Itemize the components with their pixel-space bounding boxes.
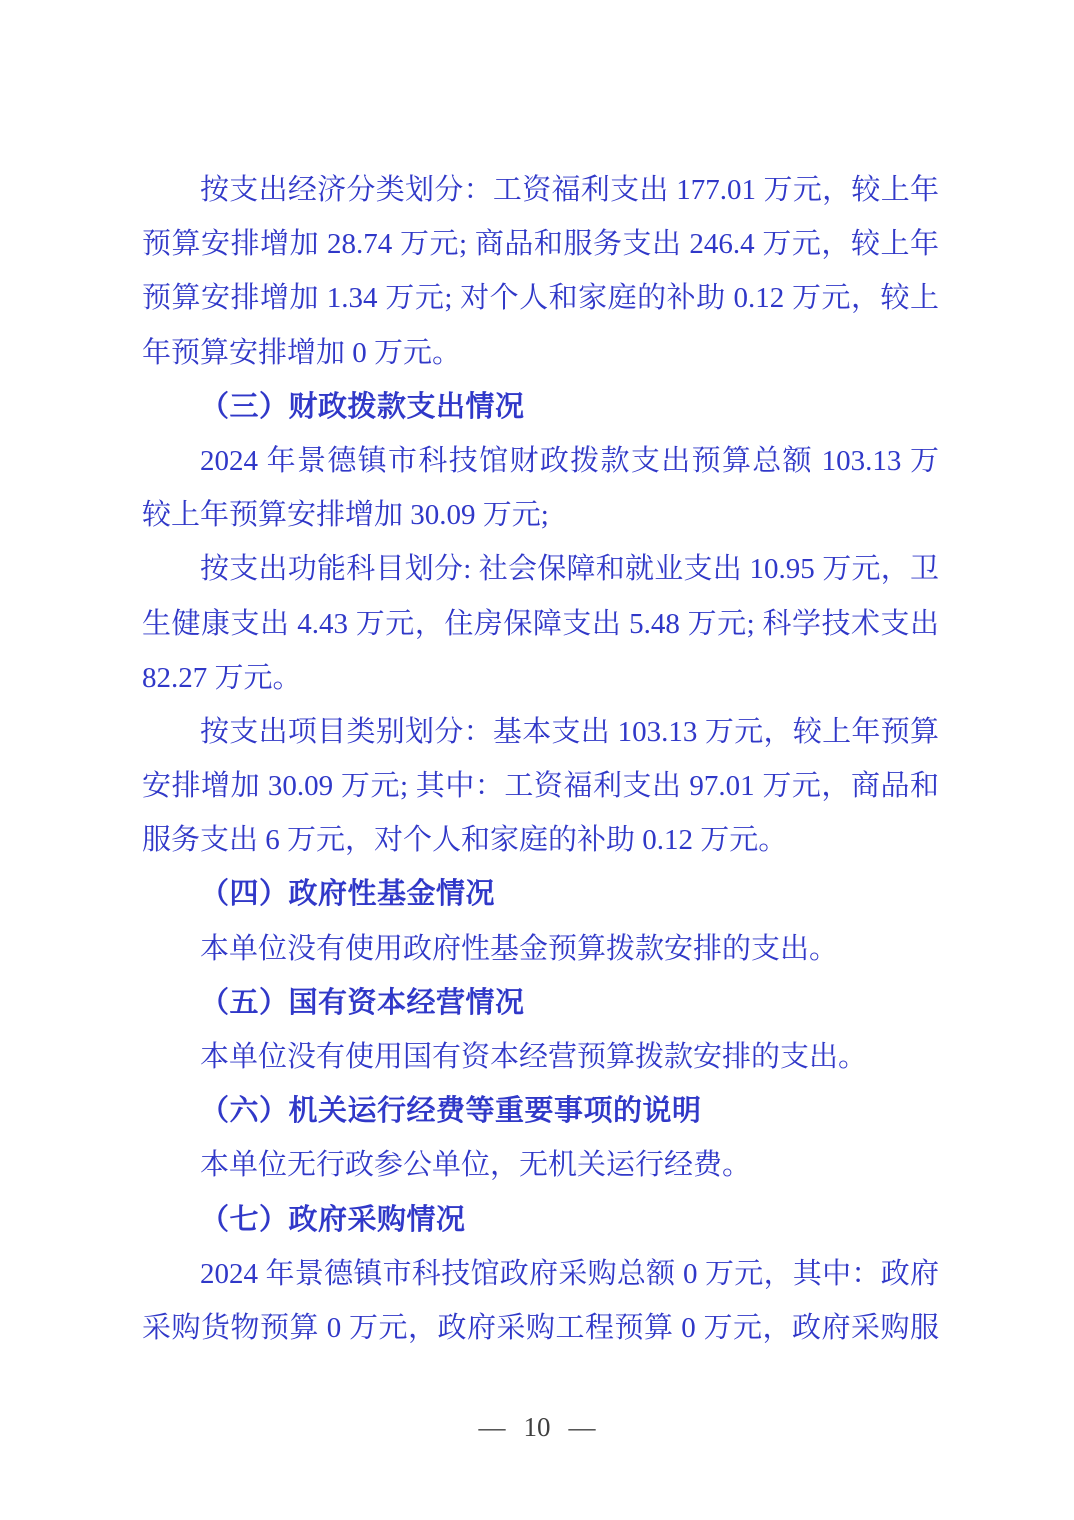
paragraph-line: 服务支出 6 万元，对个人和家庭的补助 0.12 万元。 (142, 813, 939, 867)
section-heading-text: （四）政府性基金情况 (142, 867, 939, 921)
paragraph-line: 生健康支出 4.43 万元，住房保障支出 5.48 万元; 科学技术支出 (142, 597, 939, 651)
footer-dash-left: — (479, 1412, 506, 1442)
paragraph: 本单位无行政参公单位，无机关运行经费。 (142, 1138, 939, 1192)
paragraph: 2024 年景德镇市科技馆财政拨款支出预算总额 103.13 万元， 较上年预算… (142, 434, 939, 542)
paragraph-line: 本单位无行政参公单位，无机关运行经费。 (142, 1138, 939, 1192)
footer-dash-right: — (569, 1412, 596, 1442)
paragraph: 按支出项目类别划分：基本支出 103.13 万元，较上年预算 安排增加 30.0… (142, 705, 939, 868)
paragraph-line: 较上年预算安排增加 30.09 万元; (142, 488, 939, 542)
paragraph-line: 本单位没有使用国有资本经营预算拨款安排的支出。 (142, 1030, 939, 1084)
paragraph-line: 预算安排增加 1.34 万元; 对个人和家庭的补助 0.12 万元，较上 (142, 271, 939, 325)
paragraph-line: 82.27 万元。 (142, 651, 939, 705)
document-page: 按支出经济分类划分：工资福利支出 177.01 万元，较上年 预算安排增加 28… (0, 0, 1074, 1520)
paragraph: 按支出经济分类划分：工资福利支出 177.01 万元，较上年 预算安排增加 28… (142, 163, 939, 380)
paragraph-line: 安排增加 30.09 万元; 其中：工资福利支出 97.01 万元，商品和 (142, 759, 939, 813)
section-heading: （四）政府性基金情况 (142, 867, 939, 921)
paragraph-line: 2024 年景德镇市科技馆财政拨款支出预算总额 103.13 万元， (142, 434, 939, 488)
paragraph-line: 预算安排增加 28.74 万元; 商品和服务支出 246.4 万元，较上年 (142, 217, 939, 271)
page-footer: —10— (0, 1412, 1074, 1443)
paragraph-line: 2024 年景德镇市科技馆政府采购总额 0 万元，其中：政府 (142, 1247, 939, 1301)
paragraph-line: 本单位没有使用政府性基金预算拨款安排的支出。 (142, 922, 939, 976)
paragraph: 按支出功能科目划分: 社会保障和就业支出 10.95 万元，卫 生健康支出 4.… (142, 542, 939, 705)
paragraph: 2024 年景德镇市科技馆政府采购总额 0 万元，其中：政府 采购货物预算 0 … (142, 1247, 939, 1355)
section-heading: （三）财政拨款支出情况 (142, 380, 939, 434)
section-heading-text: （五）国有资本经营情况 (142, 976, 939, 1030)
section-heading: （七）政府采购情况 (142, 1193, 939, 1247)
section-heading-text: （六）机关运行经费等重要事项的说明 (142, 1084, 939, 1138)
section-heading-text: （七）政府采购情况 (142, 1193, 939, 1247)
paragraph-line: 按支出经济分类划分：工资福利支出 177.01 万元，较上年 (142, 163, 939, 217)
page-number: 10 (524, 1412, 551, 1442)
paragraph-line: 采购货物预算 0 万元，政府采购工程预算 0 万元，政府采购服务 (142, 1301, 939, 1355)
paragraph: 本单位没有使用国有资本经营预算拨款安排的支出。 (142, 1030, 939, 1084)
paragraph-line: 按支出功能科目划分: 社会保障和就业支出 10.95 万元，卫 (142, 542, 939, 596)
paragraph-line: 年预算安排增加 0 万元。 (142, 326, 939, 380)
paragraph: 本单位没有使用政府性基金预算拨款安排的支出。 (142, 922, 939, 976)
paragraph-line: 按支出项目类别划分：基本支出 103.13 万元，较上年预算 (142, 705, 939, 759)
document-body: 按支出经济分类划分：工资福利支出 177.01 万元，较上年 预算安排增加 28… (142, 163, 939, 1355)
section-heading-text: （三）财政拨款支出情况 (142, 380, 939, 434)
section-heading: （六）机关运行经费等重要事项的说明 (142, 1084, 939, 1138)
section-heading: （五）国有资本经营情况 (142, 976, 939, 1030)
